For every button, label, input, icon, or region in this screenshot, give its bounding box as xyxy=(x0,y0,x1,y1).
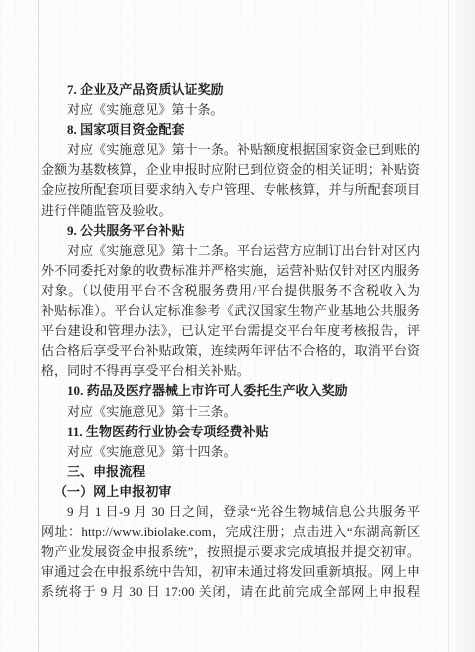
document-text-line: 外不同委托对象的收费标准并严格实施，运营补贴仅针对区内服务 xyxy=(41,261,420,281)
scan-edge-line-left xyxy=(38,0,39,652)
document-text-line: 金应按所配套项目要求纳入专户管理、专帐核算，并与所配套项目 xyxy=(41,180,420,200)
scan-edge-shade xyxy=(455,0,475,652)
document-text-line: 估合格后享受平台补贴政策，连续两年评估不合格的，取消平台资 xyxy=(41,341,420,361)
document-text-line: 系统将于 9 月 30 日 17:00 关闭，请在此前完成全部网上申报程序。 xyxy=(41,582,420,602)
document-text-line: 格，同时不得再享受平台相关补贴。 xyxy=(41,361,420,381)
scan-edge-line-right xyxy=(448,0,449,652)
document-heading-line: 11. 生物医药行业协会专项经费补贴 xyxy=(41,422,420,442)
document-text-line: 对应《实施意见》第十三条。 xyxy=(41,402,420,422)
document-text-line: 网址：http://www.ibiolake.com，完成注册；点击进入“东湖高… xyxy=(41,522,420,542)
scanned-document-page: 7. 企业及产品资质认证奖励对应《实施意见》第十条。8. 国家项目资金配套对应《… xyxy=(0,0,475,652)
document-heading-line: 7. 企业及产品资质认证奖励 xyxy=(41,80,420,100)
document-text-line: 对应《实施意见》第十二条。平台运营方应制订出台针对区内 xyxy=(41,241,420,261)
document-heading-line: 三、申报流程 xyxy=(41,462,420,482)
document-text-line: 金额为基数核算，企业申报时应附已到位资金的相关证明；补贴资 xyxy=(41,160,420,180)
document-text-line: 审通过会在申报系统中告知，初审未通过将发回重新填报。网上申报 xyxy=(41,562,420,582)
document-heading-line: 8. 国家项目资金配套 xyxy=(41,120,420,140)
document-text-line: 物产业发展资金申报系统”，按照提示要求完成填报并提交初审。初 xyxy=(41,542,420,562)
document-text-line: 对应《实施意见》第十一条。补贴额度根据国家资金已到账的 xyxy=(41,140,420,160)
document-text-line: 对应《实施意见》第十条。 xyxy=(41,100,420,120)
document-body: 7. 企业及产品资质认证奖励对应《实施意见》第十条。8. 国家项目资金配套对应《… xyxy=(41,80,420,602)
document-text-line: 平台建设和管理办法》，已认定平台需提交平台年度考核报告，评 xyxy=(41,321,420,341)
document-heading-line: （一）网上申报初审 xyxy=(41,482,420,502)
document-text-line: 补贴标准）。平台认定标准参考《武汉国家生物产业基地公共服务 xyxy=(41,301,420,321)
document-text-line: 进行伴随监管及验收。 xyxy=(41,201,420,221)
document-heading-line: 10. 药品及医疗器械上市许可人委托生产收入奖励 xyxy=(41,381,420,401)
document-text-line: 9 月 1 日-9 月 30 日之间，登录“光谷生物城信息公共服务平台” xyxy=(41,502,420,522)
document-heading-line: 9. 公共服务平台补贴 xyxy=(41,221,420,241)
document-text-line: 对象。（以使用平台不含税服务费用/平台提供服务不含税收入为 xyxy=(41,281,420,301)
document-text-line: 对应《实施意见》第十四条。 xyxy=(41,442,420,462)
